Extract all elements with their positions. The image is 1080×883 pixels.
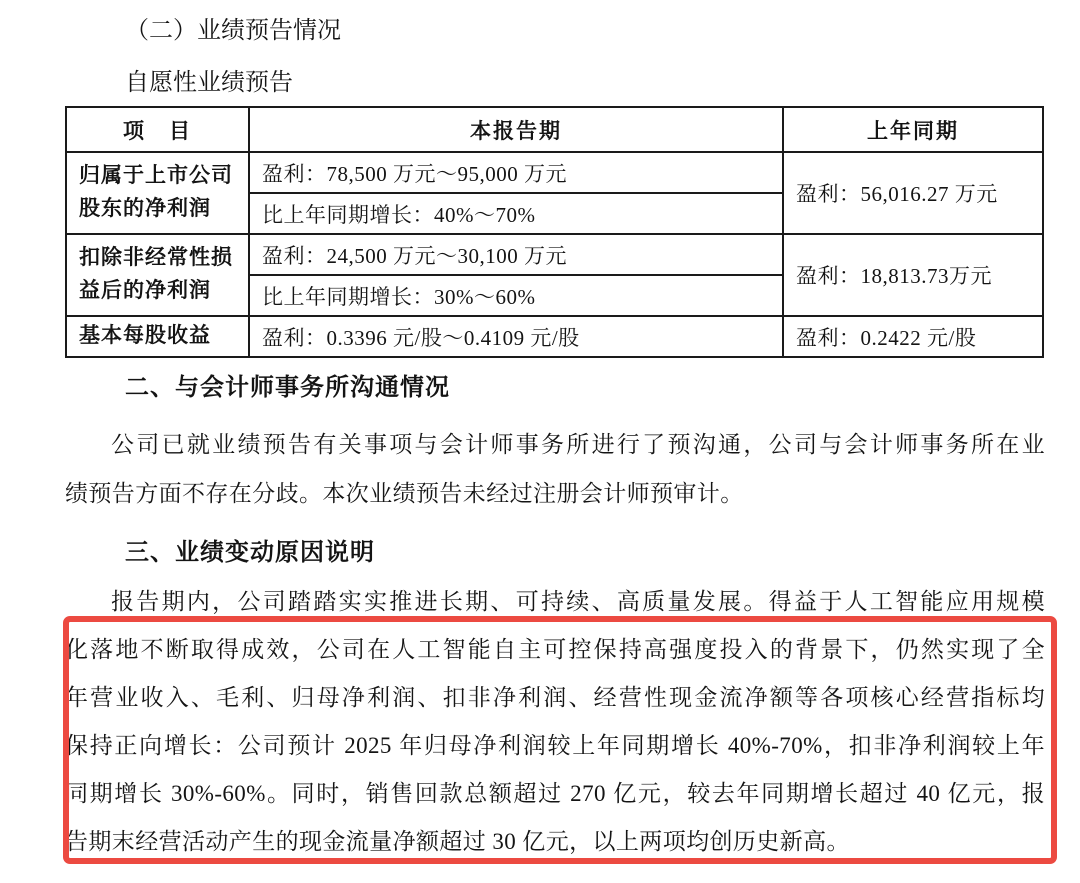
- paragraph-line: 化落地不断取得成效，公司在人工智能自主可控保持高强度投入的背景下，仍然实现了全: [65, 626, 1045, 674]
- row2-item-label: 扣除非经常性损益后的净利润: [66, 234, 249, 316]
- table-row: 归属于上市公司股东的净利润 盈利：78,500 万元～95,000 万元 盈利：…: [66, 152, 1043, 193]
- section-two-heading: 二、与会计师事务所沟通情况: [125, 367, 450, 402]
- forecast-table-wrapper: 项 目 本报告期 上年同期 归属于上市公司股东的净利润 盈利：78,500 万元…: [65, 106, 1044, 358]
- header-current-period: 本报告期: [249, 107, 783, 152]
- table-header-row: 项 目 本报告期 上年同期: [66, 107, 1043, 152]
- header-item: 项 目: [66, 107, 249, 152]
- paragraph-line: 保持正向增长：公司预计 2025 年归母净利润较上年同期增长 40%-70%，扣…: [65, 722, 1045, 770]
- row1-item-label: 归属于上市公司股东的净利润: [66, 152, 249, 234]
- table-row: 基本每股收益 盈利：0.3396 元/股～0.4109 元/股 盈利：0.242…: [66, 316, 1043, 357]
- row1-prior-value: 盈利：56,016.27 万元: [783, 152, 1043, 234]
- section-three-paragraph: 报告期内，公司踏踏实实推进长期、可持续、高质量发展。得益于人工智能应用规模 化落…: [65, 578, 1045, 866]
- paragraph-line: 报告期内，公司踏踏实实推进长期、可持续、高质量发展。得益于人工智能应用规模: [65, 578, 1045, 626]
- section-two-paragraph: 公司已就业绩预告有关事项与会计师事务所进行了预沟通，公司与会计师事务所在业 绩预…: [65, 420, 1045, 518]
- row2-current-growth: 比上年同期增长：30%～60%: [249, 275, 783, 316]
- row2-current-profit: 盈利：24,500 万元～30,100 万元: [249, 234, 783, 275]
- table-row: 扣除非经常性损益后的净利润 盈利：24,500 万元～30,100 万元 盈利：…: [66, 234, 1043, 275]
- subsection-heading: （二）业绩预告情况: [125, 10, 341, 45]
- row3-current-value: 盈利：0.3396 元/股～0.4109 元/股: [249, 316, 783, 357]
- row1-current-growth: 比上年同期增长：40%～70%: [249, 193, 783, 234]
- paragraph-line: 告期末经营活动产生的现金流量净额超过 30 亿元，以上两项均创历史新高。: [65, 818, 1045, 866]
- paragraph-line: 公司已就业绩预告有关事项与会计师事务所进行了预沟通，公司与会计师事务所在业: [65, 420, 1045, 469]
- document-page: （二）业绩预告情况 自愿性业绩预告 项 目 本报告期 上年同期 归属于上市公司股…: [0, 0, 1080, 883]
- paragraph-line: 年营业收入、毛利、归母净利润、扣非净利润、经营性现金流净额等各项核心经营指标均: [65, 674, 1045, 722]
- row1-current-profit: 盈利：78,500 万元～95,000 万元: [249, 152, 783, 193]
- row2-prior-value: 盈利：18,813.73万元: [783, 234, 1043, 316]
- header-prior-period: 上年同期: [783, 107, 1043, 152]
- forecast-type-heading: 自愿性业绩预告: [125, 62, 293, 97]
- row3-item-label: 基本每股收益: [66, 316, 249, 357]
- paragraph-line: 绩预告方面不存在分歧。本次业绩预告未经过注册会计师预审计。: [65, 469, 1045, 518]
- row3-prior-value: 盈利：0.2422 元/股: [783, 316, 1043, 357]
- forecast-table: 项 目 本报告期 上年同期 归属于上市公司股东的净利润 盈利：78,500 万元…: [65, 106, 1044, 358]
- paragraph-line: 同期增长 30%-60%。同时，销售回款总额超过 270 亿元，较去年同期增长超…: [65, 770, 1045, 818]
- section-three-heading: 三、业绩变动原因说明: [125, 532, 375, 567]
